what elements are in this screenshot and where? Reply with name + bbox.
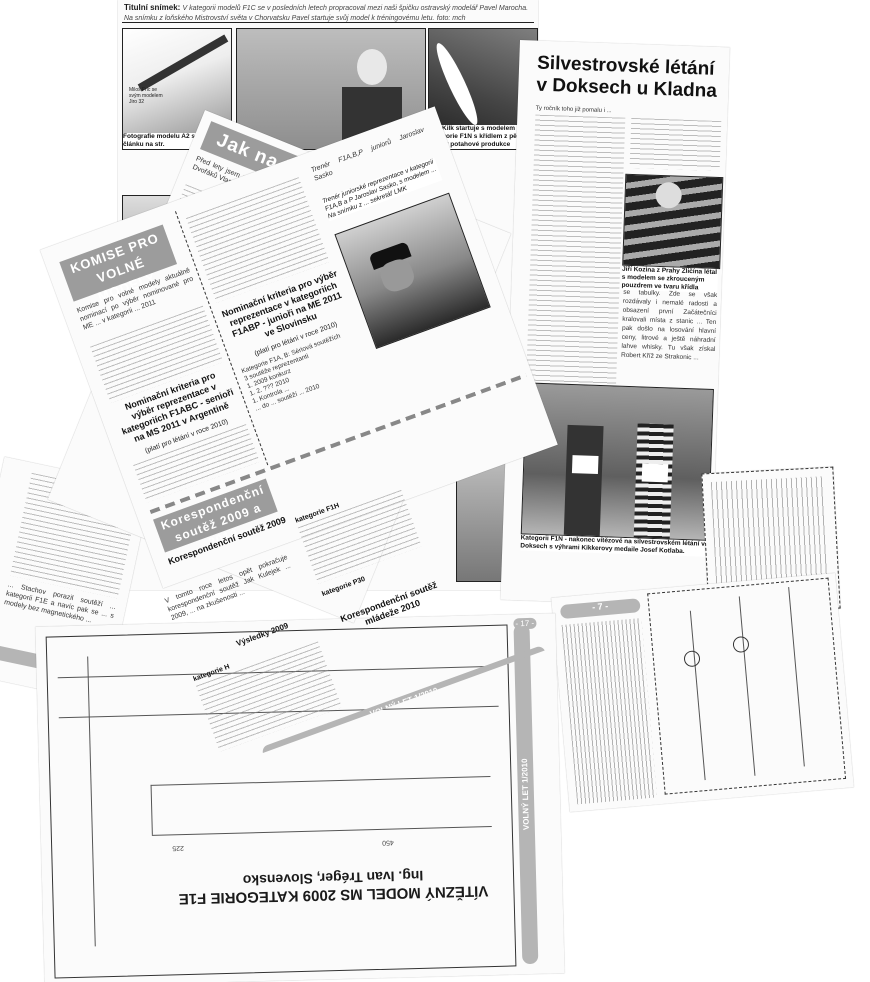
cover-caption: Titulní snímek: V kategorii modelů F1C s… bbox=[124, 3, 534, 23]
wing-line-1 bbox=[151, 776, 491, 786]
plan-title-block: VÍTĚZNÝ MODEL MS 2009 KATEGORIE F1E Ing.… bbox=[163, 866, 504, 908]
photo-man-striped-sweater bbox=[622, 174, 723, 269]
rib-1 bbox=[690, 611, 706, 780]
glider-wing-shape bbox=[138, 35, 229, 92]
person-1 bbox=[564, 425, 604, 536]
drawing-page: - 7 - bbox=[551, 573, 854, 812]
rib-hole-2 bbox=[732, 636, 749, 653]
wing-root bbox=[151, 785, 153, 835]
rib-2 bbox=[739, 596, 756, 775]
rib-3 bbox=[788, 587, 805, 766]
silvestr-page: Silvestrovské létání v Doksech u Kladna … bbox=[500, 40, 729, 607]
article-title: Silvestrovské létání v Doksech u Kladna bbox=[536, 53, 730, 104]
fin-line bbox=[87, 656, 96, 946]
plan-sidebar-label: VOLNÝ LET 1/2010 bbox=[520, 758, 531, 830]
dimension-label-2: 450 bbox=[382, 839, 394, 846]
photo-coach bbox=[334, 193, 490, 349]
article-column-2-top bbox=[630, 118, 722, 171]
rib-hole-1 bbox=[683, 650, 700, 667]
plan-sidebar: VOLNÝ LET 1/2010 bbox=[513, 624, 538, 964]
cover-caption-credit: foto: mch bbox=[437, 15, 466, 22]
rib-drawing-frame bbox=[647, 578, 846, 795]
photo-small-caption: Miloš Fric se svým modelem Jiro 32 bbox=[129, 87, 169, 105]
model-wing-shape bbox=[431, 40, 484, 128]
cover-caption-text: V kategorii modelů F1C se v posledních l… bbox=[124, 5, 528, 22]
category-f1h-results bbox=[298, 490, 422, 584]
cover-caption-label: Titulní snímek: bbox=[124, 3, 180, 12]
page-number-pill: - 7 - bbox=[560, 598, 641, 619]
portrait-head bbox=[357, 49, 387, 85]
photo-head bbox=[655, 182, 682, 209]
vertical-text-column bbox=[562, 618, 657, 804]
article-body: se tabulky. Zde se však rozdávaly i nema… bbox=[620, 288, 717, 391]
photo-winners bbox=[521, 382, 714, 540]
divider bbox=[122, 22, 534, 23]
dimension-label-1: 225 bbox=[172, 844, 184, 851]
diploma-1 bbox=[572, 455, 599, 474]
article-column-1 bbox=[526, 115, 625, 388]
wing-line-2 bbox=[152, 826, 492, 836]
diploma-2 bbox=[642, 464, 669, 483]
